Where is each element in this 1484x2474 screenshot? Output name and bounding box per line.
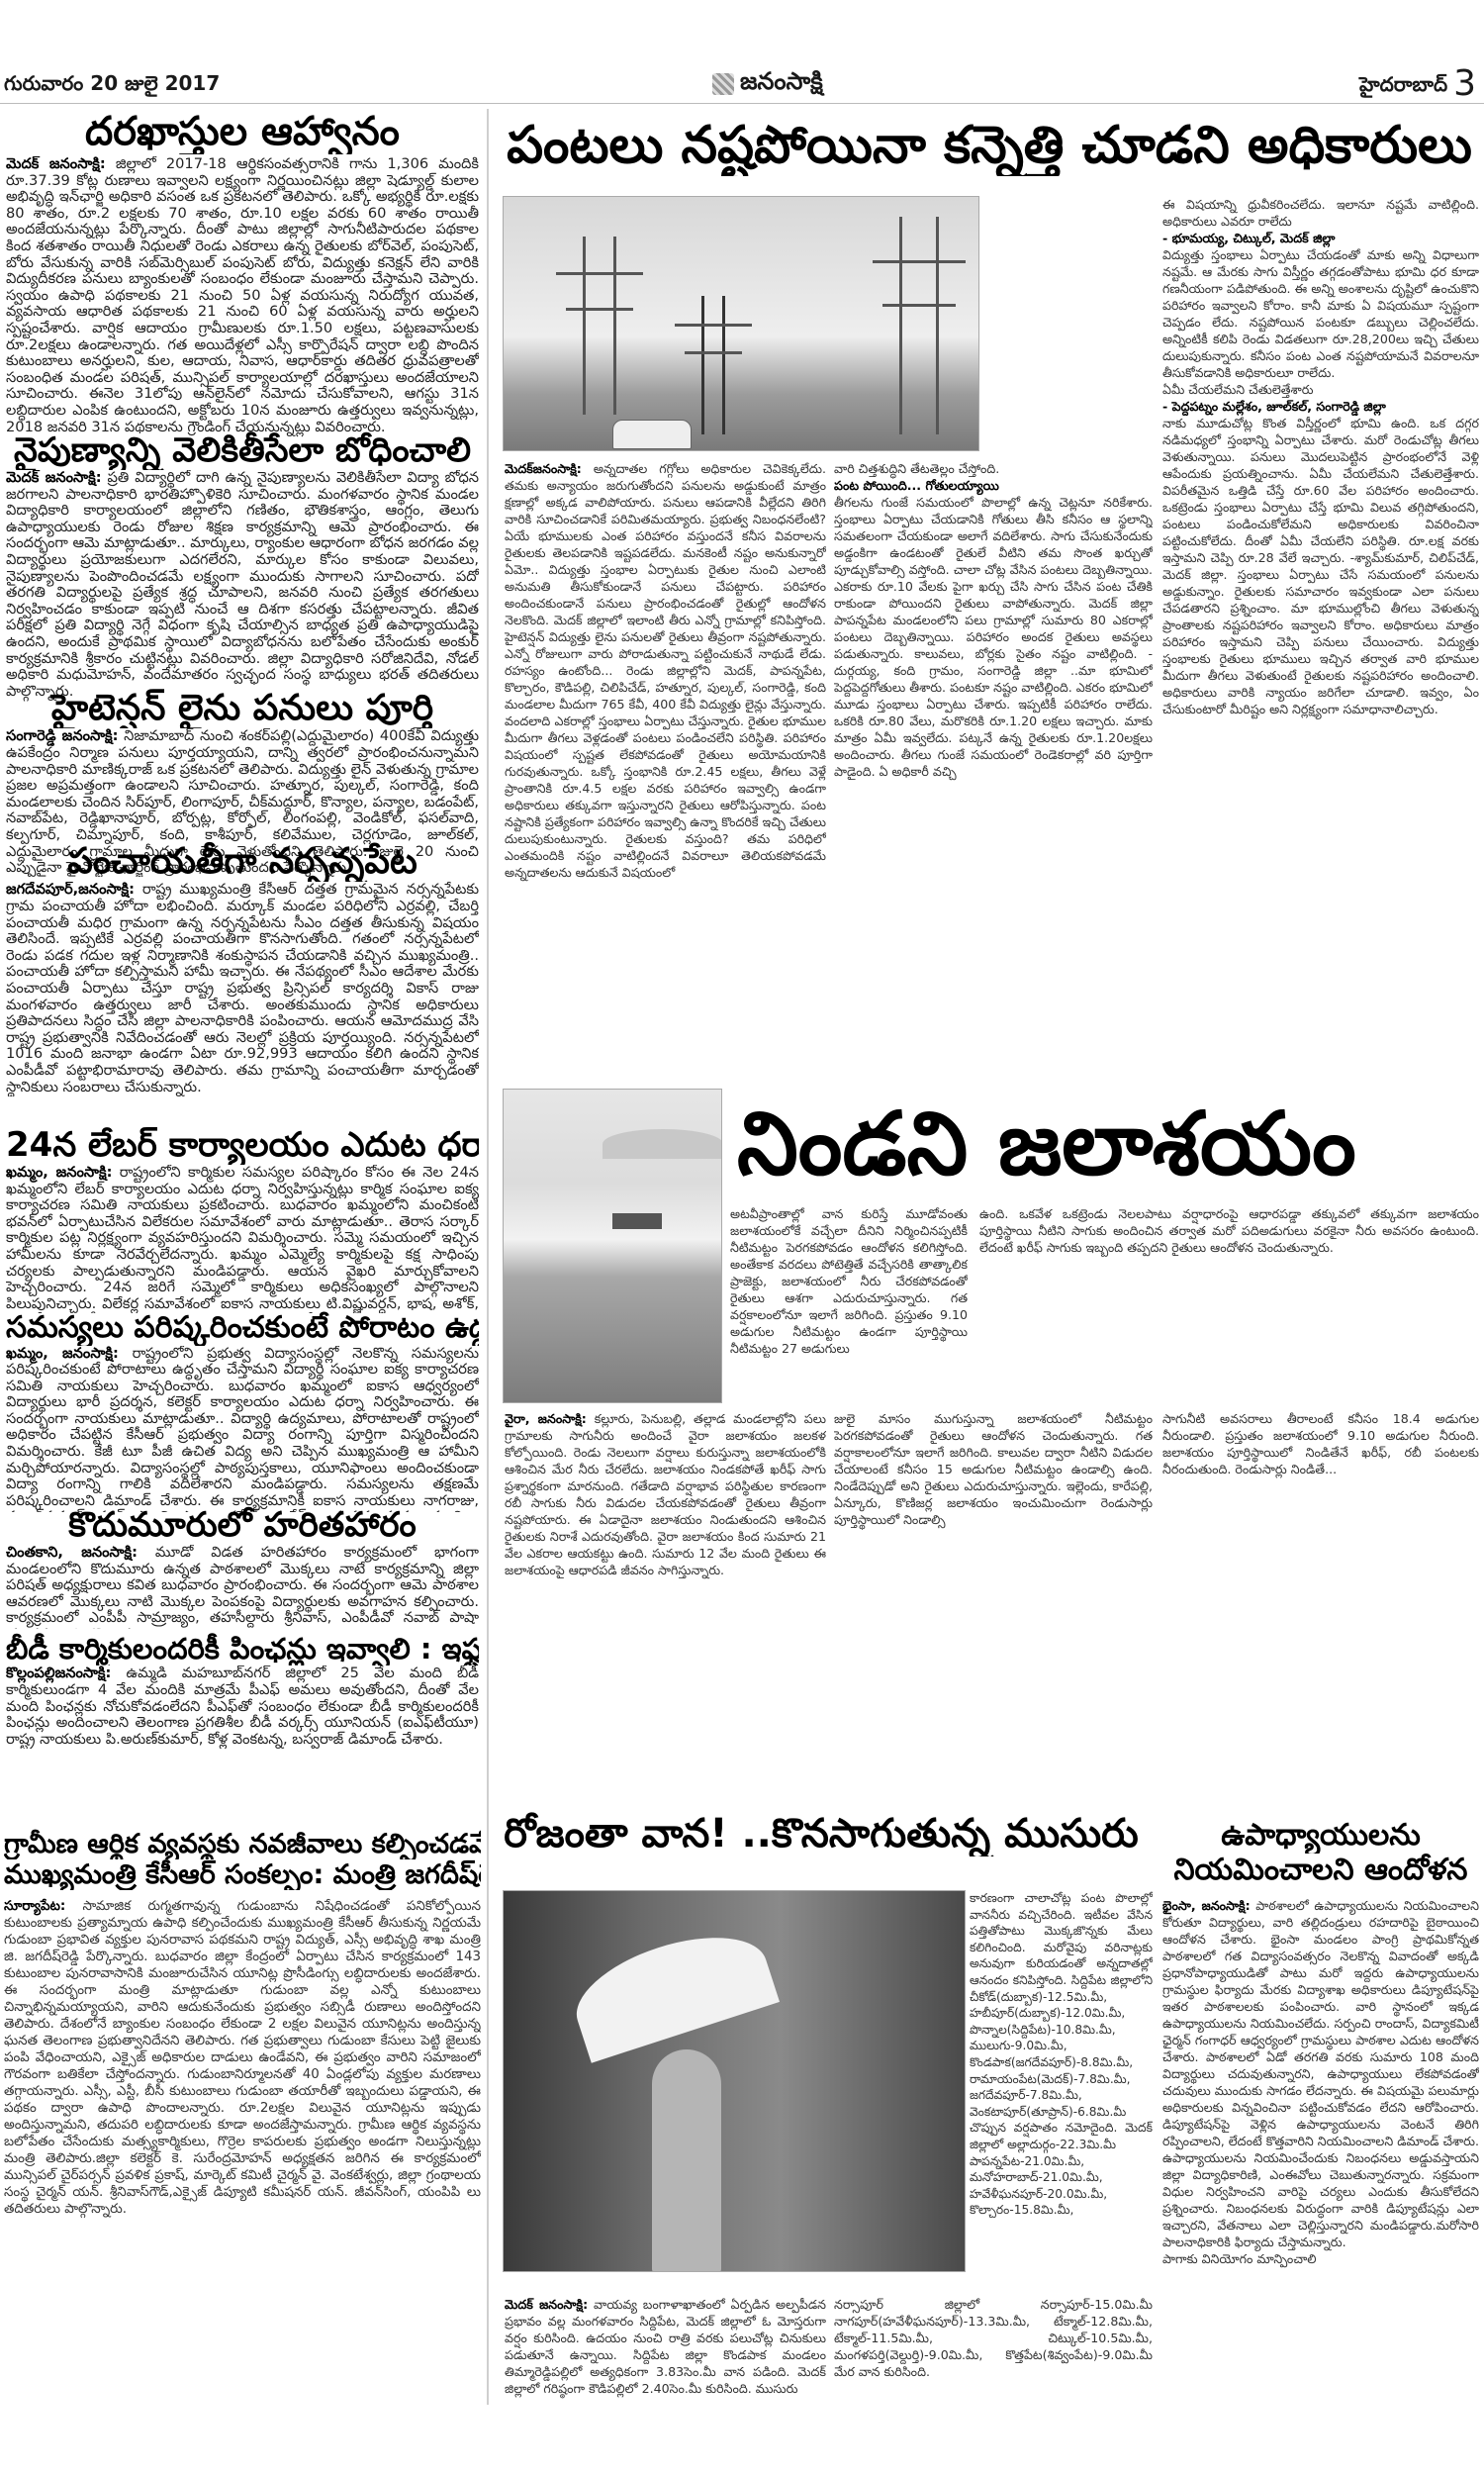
issue-date: గురువారం 20 జులై 2017 <box>4 71 220 100</box>
body-text: కారణంగా చాలాచోట్ల పంట పొలాల్లో వాననీరు వ… <box>970 1890 1153 2005</box>
power-towers-photo <box>503 196 979 451</box>
masthead: గురువారం 20 జులై 2017 జనంసాక్షి హైదరాబాద… <box>0 59 1484 104</box>
rain-story-col-1: మెదక్ జనంసాక్షి: వాయవ్య బంగాళాఖాతంలో ఏర్… <box>505 2296 826 2400</box>
tower-shape <box>701 296 725 434</box>
person-shape <box>652 2049 721 2272</box>
boat-shape <box>612 1213 662 1229</box>
article-body: జులై మాసం ముగుస్తున్నా జలాశయంలో నీటిమట్ట… <box>834 1410 1153 1801</box>
body-text: తీగలను గుంజే సమయంలో పొలాల్లో ఉన్న చెట్లన… <box>834 495 1153 779</box>
dateline: మెదక్ జనంసాక్షి: <box>6 156 106 172</box>
article-body: అటవీప్రాంతాల్లో వాన కురిస్తే మూడోవంతు జల… <box>730 1205 968 1398</box>
rainfall-item: వెంకటాపూర్(తూప్రాన్)-6.8మి.మీ <box>970 2104 1153 2121</box>
body-text: రాష్ట్ర ముఖ్యమంత్రి కేసీఆర్ దత్తత గ్రామమ… <box>6 882 479 1094</box>
article-body: వైరా, జనంసాక్షి: కల్లూరు, పెనుబల్లి, తల్… <box>505 1410 826 1801</box>
body-text: రాష్ట్రంలోని ప్రభుత్వ విద్యాసంస్థల్లో నె… <box>6 1346 479 1512</box>
article-narsannapet-panchayat: పంచాయతీగా నర్సన్నపేట జగదేవపూర్,జనంసాక్షి… <box>6 841 479 1096</box>
dateline: సూర్యాపేట: <box>4 1899 65 1914</box>
subhead: పంట పోయింది... గోతులయ్యాయి <box>834 477 1153 494</box>
car-shape <box>612 420 692 449</box>
article-body: ఖమ్మం, జనంసాక్షి: రాష్ట్రంలోని కార్మికుల… <box>6 1165 479 1313</box>
body-text: అటవీప్రాంతాల్లో వాన కురిస్తే మూడోవంతు జల… <box>730 1206 968 1322</box>
article-beedi-workers-pension: బీడీ కార్మికులందరికీ పింఛన్లు ఇవ్వాలి : … <box>6 1633 479 1749</box>
body-text: ఈ విషయాన్ని ధ్రువీకరించలేదు. ఇలానూ నష్టమ… <box>1162 196 1479 230</box>
logo-mark-icon <box>712 73 734 95</box>
dateline: చింతకాని, జనంసాక్షి: <box>6 1545 138 1561</box>
rainfall-item: హబీపూర్(దుబ్బాక)-12.0మి.మీ, <box>970 2005 1153 2022</box>
headline: సమస్యలు పరిష్కరించకుంటే పోరాటం ఉద్ధృతం <box>6 1311 479 1346</box>
article-body: ఖమ్మం, జనంసాక్షి: రాష్ట్రంలోని ప్రభుత్వ … <box>6 1346 479 1512</box>
dateline: జగదేవపూర్,జనంసాక్షి: <box>6 882 135 898</box>
umbrella-shape <box>564 1917 780 2062</box>
top-story-headline: పంటలు నష్టపోయినా కన్నెత్తి చూడని అధికారు… <box>500 117 1479 176</box>
body-text: కల్లూరు, పెనుబల్లి, తల్లాడ మండలాల్లోని ప… <box>505 1411 826 1577</box>
reservoir-photo <box>503 1089 722 1403</box>
dateline: ఖమ్మం, జనంసాక్షి: <box>6 1346 119 1362</box>
article-rural-economy: గ్రామీణ ఆర్థిక వ్యవస్థకు నవజీవాలు కల్పిం… <box>4 1829 481 2373</box>
column-divider <box>487 109 489 2405</box>
logo-text: జనంసాక్షి <box>740 67 823 101</box>
headline-line-2: నియమించాలని ఆందోళన <box>1162 1854 1479 1888</box>
article-body: నర్సాపూర్ జిల్లాలో నర్సాపూర్-15.0మి.మీ న… <box>834 2296 1153 2400</box>
article-body: మెదక్ జనంసాక్షి: ప్రతి విద్యార్థిలో దాగి… <box>6 470 479 710</box>
body-text: అన్నదాతల గగ్గోలు అధికారుల చెవికెక్కలేదు.… <box>505 461 826 880</box>
quote-text: నాకు మూడుచోట్ల కొంత విస్తీర్ణంలో భూమి ఉం… <box>1162 416 1479 716</box>
rainfall-item: జగదేవపూర్-7.8మి.మీ, <box>970 2087 1153 2104</box>
article-body: కొల్లంపల్లిజనంసాక్షి: ఉమ్మడి మహబూబ్‌నగర్… <box>6 1665 479 1749</box>
reservoir-intro-col-2: ఉంది. ఒకవేళ ఒకట్రెండు నెలలపాటు వర్షాధారం… <box>979 1205 1479 1398</box>
headline: నైపుణ్యాన్ని వెలికితీసేలా బోధించాలి <box>6 431 479 470</box>
subhead: ఏమీ చేయలేమని చేతులెత్తేశారు <box>1162 381 1479 398</box>
body-text: జిల్లాలో 2017-18 ఆర్థికసంవత్సరానికి గాను… <box>6 156 479 435</box>
rain-story-headline: రోజంతా వాన! ..కొనసాగుతున్న ముసురు <box>500 1811 1143 1856</box>
article-haritha-haram: కొదుమూరులో హరితహారం చింతకాని, జనంసాక్షి:… <box>6 1506 479 1629</box>
article-body: భైంసా, జనంసాక్షి: పాఠశాలలో ఉపాధ్యాయులను … <box>1162 1897 1479 2387</box>
reservoir-headline: నిండని జలాశయం <box>727 1094 1479 1193</box>
rain-story-col-2: నర్సాపూర్ జిల్లాలో నర్సాపూర్-15.0మి.మీ న… <box>834 2296 1153 2400</box>
body-text: సామాజిక రుగ్మతగావున్న గుడుంబాను నిషేధించ… <box>4 1899 481 2217</box>
article-body: వారి చిత్తశుద్ధిని తేటతెల్లం చేస్తోంది. … <box>834 460 1153 1082</box>
rainfall-item: ములుగు-9.0మి.మీ, <box>970 2038 1153 2054</box>
dateline: భైంసా, జనంసాక్షి: <box>1162 1898 1251 1913</box>
article-skills-teaching: నైపుణ్యాన్ని వెలికితీసేలా బోధించాలి మెదక… <box>6 431 479 710</box>
quote-text: విద్యుత్తు స్తంభాలు ఏర్పాటు చేయడంతో మాకు… <box>1162 246 1479 381</box>
rainfall-item: కొల్చారం-15.8మి.మీ, <box>970 2202 1153 2219</box>
newspaper-logo: జనంసాక్షి <box>712 67 823 101</box>
article-body: మెదక్ జనంసాక్షి: జిల్లాలో 2017-18 ఆర్థిక… <box>6 156 479 476</box>
closing-line: పాగాకు వినియోగం మాన్పించాలి <box>1162 2250 1479 2267</box>
quote-attribution: - పెద్దపట్నం మల్లేశం, జూల్‌కల్, సంగారెడ్… <box>1162 398 1479 415</box>
reservoir-col-b: జులై మాసం ముగుస్తున్నా జలాశయంలో నీటిమట్ట… <box>834 1410 1153 1801</box>
rainfall-item: కొండపాక(జగదేవపూర్)-8.8మి.మీ, <box>970 2054 1153 2071</box>
body-text: వారి చిత్తశుద్ధిని తేటతెల్లం చేస్తోంది. <box>834 460 1153 477</box>
dateline: కొల్లంపల్లిజనంసాక్షి: <box>6 1665 111 1681</box>
article-teachers-protest: ఉపాధ్యాయులను నియమించాలని ఆందోళన భైంసా, జ… <box>1162 1819 1479 2387</box>
rainfall-item: రామాయంపేట(మెదక్)-7.8మి.మీ, <box>970 2071 1153 2088</box>
headline-line-1: గ్రామీణ ఆర్థిక వ్యవస్థకు నవజీవాలు కల్పిం… <box>4 1829 481 1859</box>
article-struggle-intensify: సమస్యలు పరిష్కరించకుంటే పోరాటం ఉద్ధృతం ఖ… <box>6 1311 479 1512</box>
dateline: మెదక్‌జనంసాక్షి: <box>505 461 582 476</box>
article-body: ఉంది. ఒకవేళ ఒకట్రెండు నెలలపాటు వర్షాధారం… <box>979 1205 1479 1398</box>
rainfall-item: హవేళీఘనపూర్-20.0మి.మీ, <box>970 2186 1153 2203</box>
headline: దరఖాస్తుల ఆహ్వానం <box>6 109 479 154</box>
dateline: వైరా, జనంసాక్షి: <box>505 1411 587 1426</box>
body-text: ప్రతి విద్యార్థిలో దాగి ఉన్న నైపుణ్యాలను… <box>6 470 479 700</box>
top-story-col-2: వారి చిత్తశుద్ధిని తేటతెల్లం చేస్తోంది. … <box>834 460 1153 1082</box>
top-story-col-1: మెదక్‌జనంసాక్షి: అన్నదాతల గగ్గోలు అధికార… <box>505 460 826 1082</box>
article-body: సూర్యాపేట: సామాజిక రుగ్మతగావున్న గుడుంబా… <box>4 1898 481 2373</box>
article-body: సాగునీటి అవసరాలు తీరాలంటే కనీసం 18.4 అడు… <box>1162 1410 1479 1801</box>
article-body: మెదక్‌జనంసాక్షి: అన్నదాతల గగ్గోలు అధికార… <box>505 460 826 1082</box>
top-story-col-3: ఈ విషయాన్ని ధ్రువీకరించలేదు. ఇలానూ నష్టమ… <box>1162 196 1479 1082</box>
headline: హైటెన్షన్ లైను పనులు పూర్తి <box>6 688 479 728</box>
reservoir-intro-col-1: అటవీప్రాంతాల్లో వాన కురిస్తే మూడోవంతు జల… <box>730 1205 968 1398</box>
headline: కొదుమూరులో హరితహారం <box>6 1506 479 1545</box>
article-body: జగదేవపూర్,జనంసాక్షి: రాష్ట్ర ముఖ్యమంత్రి… <box>6 882 479 1096</box>
body-text: రాష్ట్రంలోని కార్మికుల సమస్యల పరిష్కారం … <box>6 1165 479 1313</box>
city-name: హైదరాబాద్ <box>1359 72 1447 96</box>
rainfall-item: చొప్పున వర్షపాతం నమోదైంది. మెదక్ జిల్లాల… <box>970 2120 1153 2152</box>
article-applications: దరఖాస్తుల ఆహ్వానం మెదక్ జనంసాక్షి: జిల్ల… <box>6 109 479 476</box>
body-text: పాఠశాలలో ఉపాధ్యాయులను నియమించాలని కోరుతూ… <box>1162 1898 1479 2249</box>
rain-umbrella-photo <box>503 1890 966 2272</box>
headline-line-1: ఉపాధ్యాయులను <box>1162 1819 1479 1854</box>
headline: బీడీ కార్మికులందరికీ పింఛన్లు ఇవ్వాలి : … <box>6 1633 479 1665</box>
tower-shape <box>583 237 616 415</box>
rainfall-item: పొన్నాల(సిద్దిపేట)-10.8మి.మీ, <box>970 2022 1153 2039</box>
hills-shape <box>603 1129 722 1159</box>
page-number: 3 <box>1453 63 1476 104</box>
headline: పంచాయతీగా నర్సన్నపేట <box>6 841 479 882</box>
article-body: ఈ విషయాన్ని ధ్రువీకరించలేదు. ఇలానూ నష్టమ… <box>1162 196 1479 1082</box>
article-body: చింతకాని, జనంసాక్షి: మూడో విడత హరితహారం … <box>6 1545 479 1629</box>
rain-side-text: కారణంగా చాలాచోట్ల పంట పొలాల్లో వాననీరు వ… <box>970 1890 1153 2272</box>
headline-line-2: ముఖ్యమంత్రి కేసీఆర్ సంకల్పం: మంత్రి జగదీ… <box>4 1859 481 1890</box>
body-text: వాయవ్య బంగాళాఖాతంలో ఏర్పడిన అల్పపీడన ప్ర… <box>505 2297 826 2396</box>
reservoir-col-c: సాగునీటి అవసరాలు తీరాలంటే కనీసం 18.4 అడు… <box>1162 1410 1479 1801</box>
tower-shape <box>899 217 939 434</box>
rainfall-item: పాపన్నపేట-21.0మి.మీ, <box>970 2153 1153 2170</box>
dateline: మెదక్ జనంసాక్షి: <box>6 470 102 486</box>
article-body: మెదక్ జనంసాక్షి: వాయవ్య బంగాళాఖాతంలో ఏర్… <box>505 2296 826 2400</box>
dateline: ఖమ్మం, జనంసాక్షి: <box>6 1165 112 1181</box>
rainfall-item: మనోహరాబాద్-21.0మి.మీ, <box>970 2169 1153 2186</box>
headline: 24న లేబర్ కార్యాలయం ఎదుట ధర్నా <box>6 1126 479 1165</box>
article-labour-office-dharna: 24న లేబర్ కార్యాలయం ఎదుట ధర్నా ఖమ్మం, జన… <box>6 1126 479 1313</box>
quote-attribution: - భూమయ్య, చిట్కుల్, మెదక్ జిల్లా <box>1162 230 1479 246</box>
edition-city: హైదరాబాద్3 <box>1359 63 1476 104</box>
dateline: సంగారెడ్డి జనంసాక్షి: <box>6 728 118 744</box>
article-body: కారణంగా చాలాచోట్ల పంట పొలాల్లో వాననీరు వ… <box>970 1890 1153 2272</box>
dateline: మెదక్ జనంసాక్షి: <box>505 2297 588 2312</box>
reservoir-col-a: వైరా, జనంసాక్షి: కల్లూరు, పెనుబల్లి, తల్… <box>505 1410 826 1801</box>
